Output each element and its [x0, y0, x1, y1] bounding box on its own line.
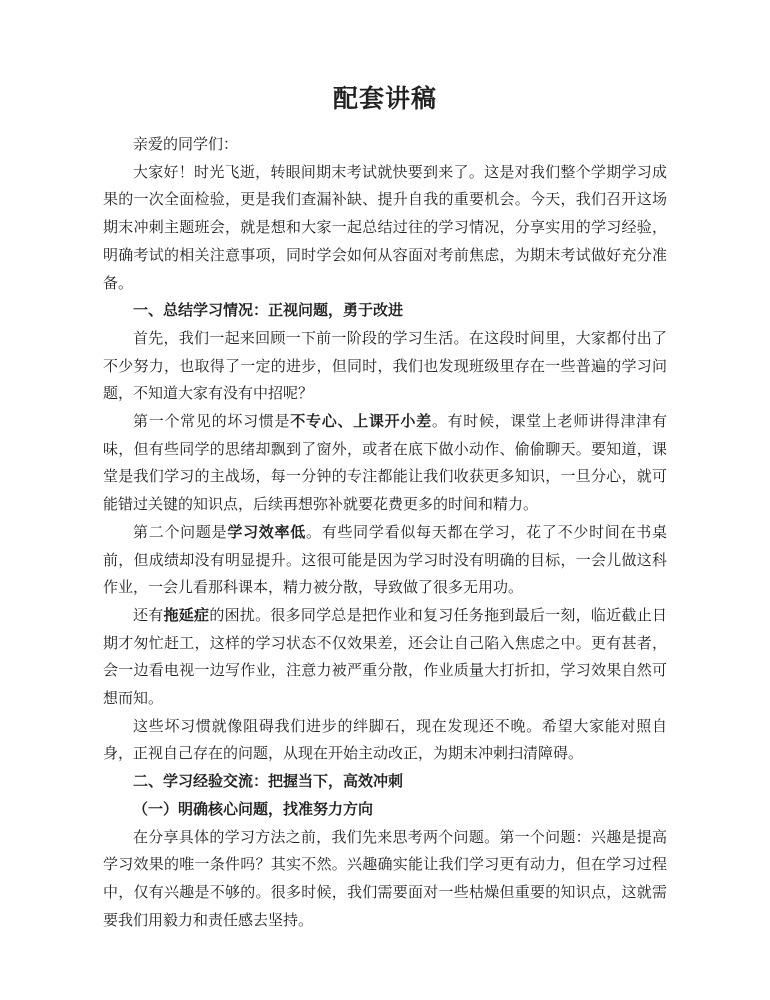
- document-body: 亲爱的同学们：大家好！时光飞逝，转眼间期末考试就快要到来了。这是对我们整个学期学…: [103, 132, 667, 935]
- emphasis-text-run: 不专心、上课开小差: [290, 414, 432, 430]
- paragraph: 大家好！时光飞逝，转眼间期末考试就快要到来了。这是对我们整个学期学习成果的一次全…: [103, 160, 667, 299]
- text-run: 在分享具体的学习方法之前，我们先来思考两个问题。第一个问题：兴趣是提高学习效果的…: [103, 830, 667, 929]
- paragraph: 还有拖延症的困扰。很多同学总是把作业和复习任务拖到最后一刻，临近截止日期才匆忙赶…: [103, 603, 667, 714]
- emphasis-text-run: 二、学习经验交流：把握当下，高效冲刺: [133, 774, 403, 790]
- emphasis-text-run: 一、总结学习情况：正视问题，勇于改进: [133, 303, 403, 319]
- text-run: 首先，我们一起来回顾一下前一阶段的学习生活。在这段时间里，大家都付出了不少努力，…: [103, 331, 667, 402]
- emphasis-text-run: 拖延症: [164, 608, 210, 624]
- text-run: 第二个问题是: [133, 525, 227, 541]
- section-heading: 二、学习经验交流：把握当下，高效冲刺: [103, 769, 667, 797]
- emphasis-text-run: 学习效率低: [227, 525, 306, 541]
- paragraph: 首先，我们一起来回顾一下前一阶段的学习生活。在这段时间里，大家都付出了不少努力，…: [103, 326, 667, 409]
- document-title: 配套讲稿: [103, 85, 667, 115]
- section-heading: 一、总结学习情况：正视问题，勇于改进: [103, 298, 667, 326]
- text-run: 这些坏习惯就像阻碍我们进步的绊脚石，现在发现还不晚。希望大家能对照自身，正视自己…: [103, 719, 667, 763]
- text-run: 亲爱的同学们：: [133, 137, 238, 153]
- paragraph: 这些坏习惯就像阻碍我们进步的绊脚石，现在发现还不晚。希望大家能对照自身，正视自己…: [103, 714, 667, 769]
- paragraph: 第一个常见的坏习惯是不专心、上课开小差。有时候，课堂上老师讲得津津有味，但有些同…: [103, 409, 667, 520]
- section-heading: （一）明确核心问题，找准努力方向: [103, 797, 667, 825]
- text-run: 大家好！时光飞逝，转眼间期末考试就快要到来了。这是对我们整个学期学习成果的一次全…: [103, 165, 667, 292]
- paragraph: 亲爱的同学们：: [103, 132, 667, 160]
- paragraph: 第二个问题是学习效率低。有些同学看似每天都在学习，花了不少时间在书桌前，但成绩却…: [103, 520, 667, 603]
- document-page: 配套讲稿 亲爱的同学们：大家好！时光飞逝，转眼间期末考试就快要到来了。这是对我们…: [0, 0, 770, 1000]
- emphasis-text-run: （一）明确核心问题，找准努力方向: [133, 802, 373, 818]
- text-run: 还有: [133, 608, 164, 624]
- text-run: 第一个常见的坏习惯是: [133, 414, 290, 430]
- paragraph: 在分享具体的学习方法之前，我们先来思考两个问题。第一个问题：兴趣是提高学习效果的…: [103, 825, 667, 936]
